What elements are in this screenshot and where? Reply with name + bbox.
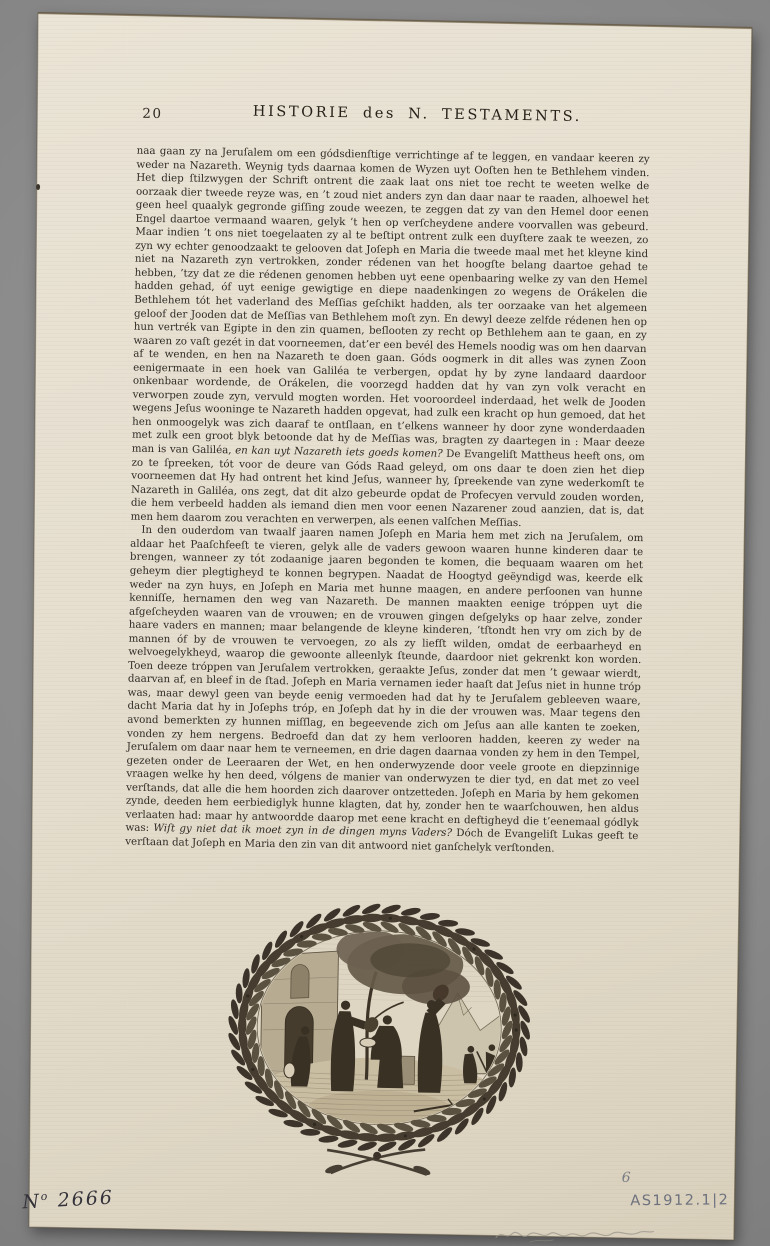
paragraph: naa gaan zy na Jeruſalem om een gódsdien…: [131, 145, 650, 533]
text-run: De Evangeliſt Mattheus heeft ons, om zo …: [131, 448, 645, 529]
pencil-digit: 6: [622, 1170, 631, 1186]
paper-speck: [36, 184, 40, 190]
ink-inventory-number: No 2666: [22, 1186, 115, 1213]
scanned-page: 20 HISTORIE des N. TESTAMENTS. naa gaan …: [0, 0, 770, 1246]
text-run: In den ouderdom van twaalf jaaren namen …: [125, 524, 643, 834]
page-title: HISTORIE des N. TESTAMENTS.: [186, 102, 648, 126]
ink-number: 2666: [57, 1187, 114, 1212]
page-content: 20 HISTORIE des N. TESTAMENTS. naa gaan …: [18, 12, 754, 1246]
ink-n: N: [22, 1190, 42, 1213]
paragraph: In den ouderdom van twaalf jaaren namen …: [125, 524, 643, 858]
text-run: naa gaan zy na Jeruſalem om een gódsdien…: [132, 145, 650, 457]
pencil-scribble: [490, 1218, 660, 1246]
wreath-crossed-stems: [324, 1148, 432, 1177]
ink-sup-o: o: [40, 1190, 49, 1203]
laurel-wreath-engraving: [217, 899, 542, 1190]
page-number: 20: [142, 106, 162, 122]
pencil-shelfmark: AS1912.1|2: [630, 1192, 729, 1209]
body-text: naa gaan zy na Jeruſalem om een gódsdien…: [125, 145, 650, 858]
